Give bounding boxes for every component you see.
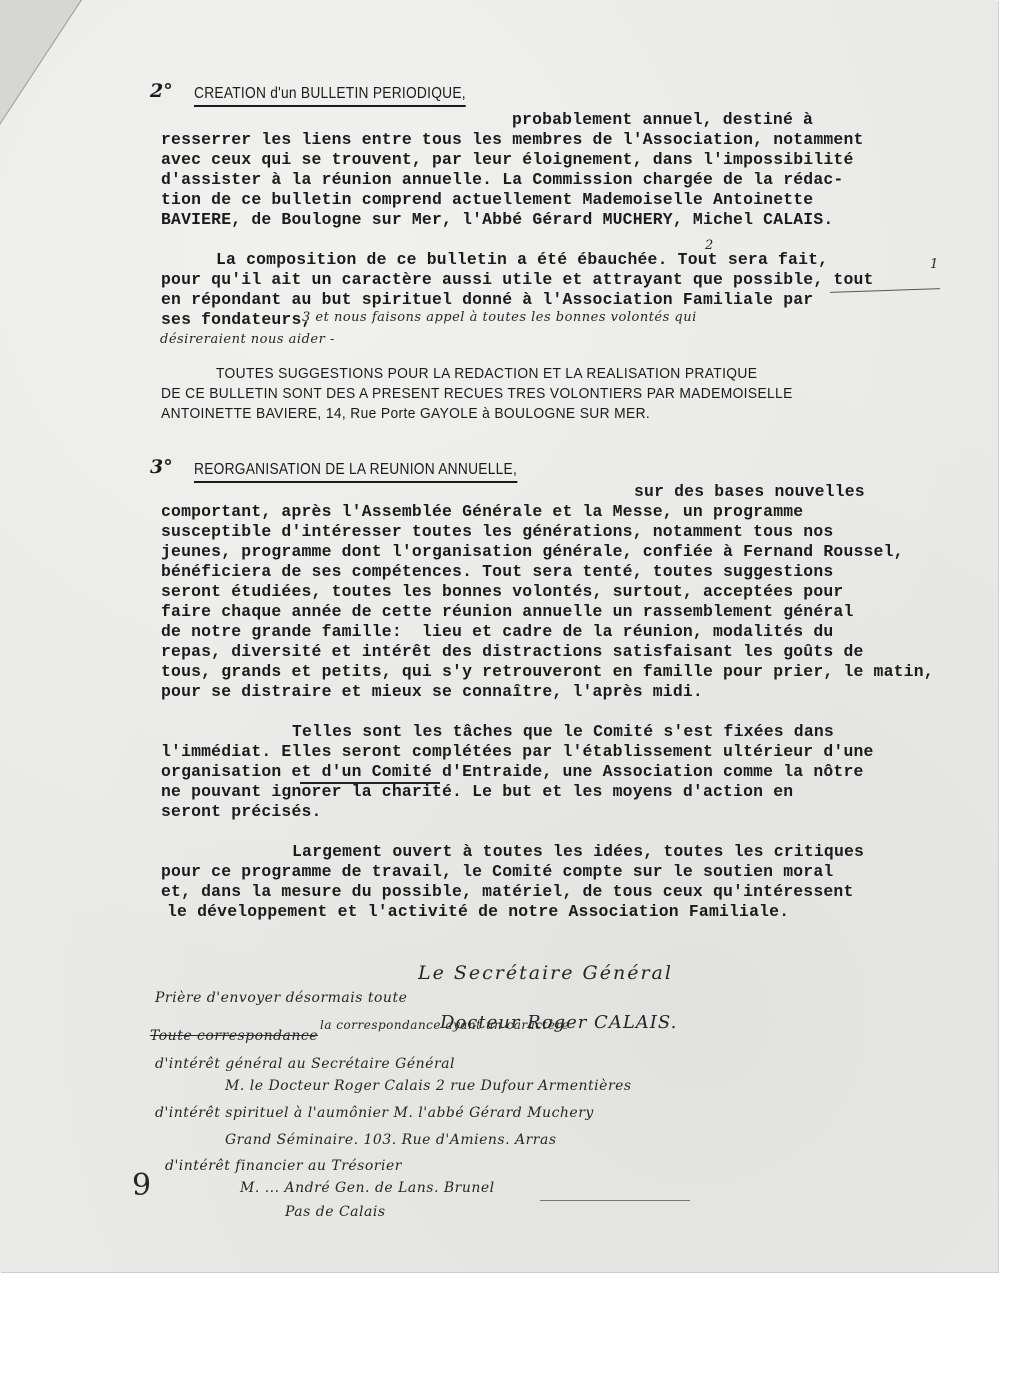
section-2-heading: CREATION d'un BULLETIN PERIODIQUE, — [194, 84, 466, 107]
section-3-line: seront étudiées, toutes les bonnes volon… — [161, 582, 843, 602]
scanned-page: 2° CREATION d'un BULLETIN PERIODIQUE, pr… — [0, 0, 998, 1272]
closing-line: seront précisés. — [161, 802, 322, 822]
handwritten-line: M. le Docteur Roger Calais 2 rue Dufour … — [225, 1078, 632, 1094]
handwritten-line: Pas de Calais — [285, 1204, 386, 1220]
section-3-line: bénéficiera de ses compétences. Tout ser… — [161, 562, 833, 582]
section-3-line: comportant, après l'Assemblée Générale e… — [161, 502, 803, 522]
closing-line: et, dans la mesure du possible, matériel… — [161, 882, 853, 902]
section-2-line: avec ceux qui se trouvent, par leur éloi… — [161, 150, 853, 170]
handwritten-mark: 2 — [705, 238, 714, 253]
section-3-line: tous, grands et petits, qui s'y retrouve… — [161, 662, 934, 682]
closing-line: l'immédiat. Elles seront complétées par … — [161, 742, 874, 762]
bulletin-paragraph-line: pour qu'il ait un caractère aussi utile … — [161, 270, 874, 290]
section-number-3: 3° — [150, 456, 173, 478]
section-3-line: sur des bases nouvelles — [634, 482, 865, 502]
notice-line: TOUTES SUGGESTIONS POUR LA REDACTION ET … — [216, 364, 757, 384]
section-2-line: BAVIERE, de Boulogne sur Mer, l'Abbé Gér… — [161, 210, 833, 230]
handwritten-line: M. ... André Gen. de Lans. Brunel — [240, 1180, 495, 1196]
handwritten-line: Prière d'envoyer désormais toute — [155, 990, 407, 1006]
handwritten-line: la correspondance ayant un caractère — [320, 1018, 569, 1032]
section-2-line: tion de ce bulletin comprend actuellemen… — [161, 190, 813, 210]
closing-line: le développement et l'activité de notre … — [167, 902, 789, 922]
handwritten-struck-line: Toute correspondance — [150, 1028, 318, 1044]
handwritten-insertion: 3 et nous faisons appel à toutes les bon… — [302, 310, 697, 325]
handwritten-mark: 1 — [930, 257, 939, 272]
section-2-line: probablement annuel, destiné à — [512, 110, 813, 130]
margin-page-number: 9 — [132, 1168, 152, 1203]
section-3-line: susceptible d'intéresser toutes les géné… — [161, 522, 833, 542]
handwritten-line: d'intérêt général au Secrétaire Général — [155, 1056, 455, 1072]
folded-corner — [0, 0, 82, 125]
notice-line: DE CE BULLETIN SONT DES A PRESENT RECUES… — [161, 384, 793, 404]
section-3-line: faire chaque année de cette réunion annu… — [161, 602, 853, 622]
handwritten-dash — [540, 1200, 690, 1201]
section-3-heading: REORGANISATION DE LA REUNION ANNUELLE, — [194, 460, 517, 483]
section-number-2: 2° — [150, 80, 173, 102]
section-3-line: repas, diversité et intérêt des distract… — [161, 642, 864, 662]
closing-line: ne pouvant ignorer la charité. Le but et… — [161, 782, 793, 802]
bulletin-paragraph-line: en répondant au but spirituel donné à l'… — [161, 290, 813, 310]
handwritten-line: d'intérêt financier au Trésorier — [165, 1158, 402, 1174]
closing-line: Telles sont les tâches que le Comité s'e… — [292, 722, 834, 742]
section-2-line: resserrer les liens entre tous les membr… — [161, 130, 864, 150]
closing-line: organisation et d'un Comité d'Entraide, … — [161, 762, 864, 782]
handwritten-line: d'intérêt spirituel à l'aumônier M. l'ab… — [155, 1105, 594, 1121]
notice-line: ANTOINETTE BAVIERE, 14, Rue Porte GAYOLE… — [161, 404, 650, 424]
section-3-line: de notre grande famille: lieu et cadre d… — [161, 622, 833, 642]
handwritten-line: Grand Séminaire. 103. Rue d'Amiens. Arra… — [225, 1132, 557, 1148]
closing-line: pour ce programme de travail, le Comité … — [161, 862, 833, 882]
section-3-line: pour se distraire et mieux se connaître,… — [161, 682, 703, 702]
section-2-line: d'assister à la réunion annuelle. La Com… — [161, 170, 843, 190]
signature-title: Le Secrétaire Général — [418, 962, 673, 984]
section-3-line: jeunes, programme dont l'organisation gé… — [161, 542, 904, 562]
closing-line: Largement ouvert à toutes les idées, tou… — [292, 842, 864, 862]
bulletin-paragraph-line: ses fondateurs, — [161, 310, 312, 330]
comite-entraide-underline — [300, 782, 440, 784]
bulletin-paragraph-line: La composition de ce bulletin a été ébau… — [216, 250, 828, 270]
handwritten-insertion: désireraient nous aider - — [160, 332, 335, 347]
